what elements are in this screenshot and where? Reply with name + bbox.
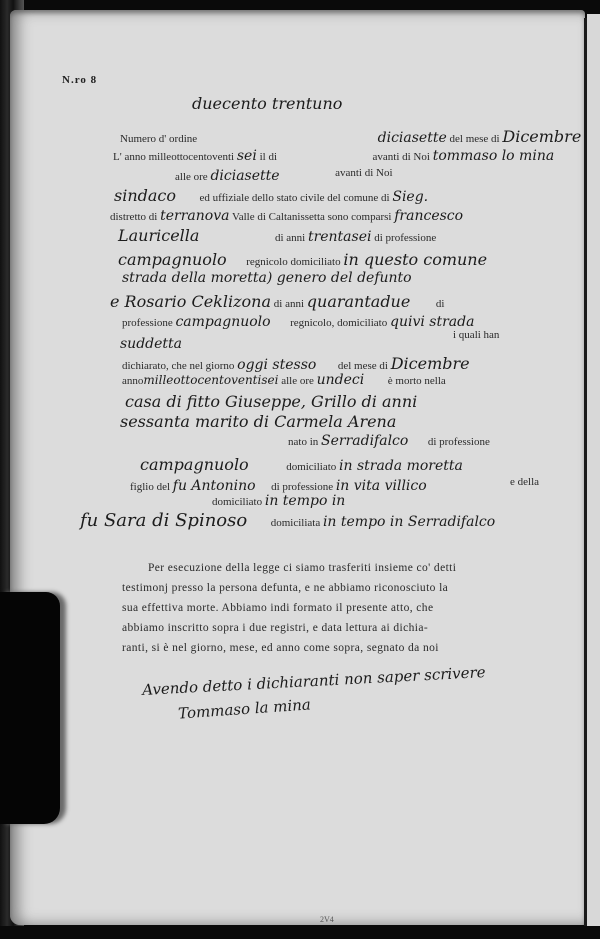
figlio-label: figlio del (130, 481, 170, 493)
witness1-anni: trentasei (308, 229, 372, 245)
prof3-label: di professione (428, 436, 490, 448)
madre-value: fu Sara di Spinoso (80, 510, 247, 531)
witness1-dom-label: regnicolo domiciliato (246, 256, 340, 268)
line-distretto: distretto di terranova Valle di Caltanis… (110, 208, 463, 224)
line-madre: fu Sara di Spinoso domiciliata in tempo … (80, 510, 495, 531)
witness1-name-b: Lauricella (118, 226, 199, 245)
mese-value: Dicembre (502, 127, 581, 146)
bottom-mark: 2V4 (320, 915, 334, 924)
eta-value: sessanta marito di Carmela Arena (120, 412, 396, 431)
casa-value: casa di fitto Giuseppe, Grillo di anni (125, 392, 417, 411)
witness2-di: di (436, 298, 445, 310)
madre-dom-label: domiciliata (271, 517, 320, 529)
valle-label: Valle di Caltanissetta sono comparsi (232, 211, 391, 223)
line-nato: nato in Serradifalco di professione (288, 433, 490, 449)
anno-value: sei (237, 148, 257, 164)
line-anno2: annomilleottocentoventisei alle ore unde… (122, 372, 446, 388)
nato-value: Serradifalco (321, 433, 408, 449)
line-dichiarato: dichiarato, che nel giorno oggi stesso d… (122, 354, 470, 373)
body-paragraph: Per esecuzione della legge ci siamo tras… (122, 558, 562, 658)
della-label: e della (510, 476, 539, 488)
witness1-dom: in questo comune (343, 250, 487, 269)
line-numero: Numero d' ordine diciasette del mese di … (120, 127, 581, 146)
line-witness1-note: strada della moretta) genero del defunto (122, 270, 412, 286)
line-casa: casa di fitto Giuseppe, Grillo di anni (125, 392, 417, 411)
mese2-label: del mese di (338, 360, 388, 372)
ore2-label: alle ore (281, 375, 314, 387)
paragraph-line: abbiamo inscritto sopra i due registri, … (122, 618, 562, 638)
line-witness1-prof: campagnuolo regnicolo domiciliato in que… (118, 250, 487, 269)
line-prof3: campagnuolo domiciliato in strada morett… (140, 455, 463, 474)
witness2-name: e Rosario Ceklizona (110, 292, 271, 311)
paragraph-line: testimonj presso la persona defunta, e n… (122, 578, 562, 598)
line-eta: sessanta marito di Carmela Arena (120, 412, 396, 431)
line-witness1: Lauricella di anni trentasei di professi… (118, 226, 436, 245)
padre-dom-label: domiciliato (212, 496, 262, 508)
prof3-value: campagnuolo (140, 455, 249, 474)
line-figlio: figlio del fu Antonino di professione in… (130, 478, 427, 494)
line-padre-dom: domiciliato in tempo in (212, 493, 345, 509)
comune-value: Sieg. (392, 189, 428, 205)
anno-label: L' anno milleottocentoventi (113, 151, 234, 163)
witness2-prof: campagnuolo (175, 314, 270, 330)
paragraph-line: sua effettiva morte. Abbiamo indi format… (122, 598, 562, 618)
witness2-anni: quarantadue (307, 292, 411, 311)
scan-border-bottom (0, 926, 600, 939)
dom3-value: in strada moretta (339, 458, 463, 474)
ufficiale-label: ed uffiziale dello stato civile del comu… (200, 192, 390, 204)
il-di-label: il di (260, 151, 277, 163)
witness1-note: strada della moretta) genero del defunto (122, 270, 412, 286)
witness2-dom: quivi strada (390, 314, 474, 330)
padre-prof-label: di professione (271, 481, 333, 493)
quali-label: i quali han (453, 329, 499, 341)
mese2-value: Dicembre (391, 354, 470, 373)
il-di-value: diciasette (378, 130, 447, 146)
dichiarato-label: dichiarato, che nel giorno (122, 360, 234, 372)
madre-dom: in tempo in Serradifalco (323, 514, 495, 530)
distretto-label: distretto di (110, 211, 157, 223)
witness2-anni-label: di anni (274, 298, 304, 310)
padre-prof: in vita villico (336, 478, 427, 494)
morto-label: è morto nella (388, 375, 446, 387)
witness2-dom2: suddetta (120, 336, 182, 352)
binding-clip (0, 592, 60, 824)
anno2-value: milleottocentoventisei (143, 373, 278, 387)
padre-dom: in tempo in (265, 493, 345, 509)
witness1-prof-label: di professione (374, 232, 436, 244)
next-page-strip (587, 14, 600, 926)
line-suddetta: suddetta (120, 336, 182, 352)
line-sindaco: sindaco ed uffiziale dello stato civile … (114, 186, 428, 205)
line-ore: alle ore diciasette avanti di Noi (175, 168, 393, 184)
sindaco-value: sindaco (114, 186, 176, 205)
nato-label: nato in (288, 436, 318, 448)
paragraph-line: ranti, si è nel giorno, mese, ed anno co… (122, 638, 562, 658)
ore2-value: undeci (317, 372, 365, 388)
distretto-value: terranova (160, 208, 229, 224)
avanti-value: tommaso lo mina (433, 148, 555, 164)
paragraph-line: Per esecuzione della legge ci siamo tras… (122, 558, 562, 578)
avanti-label: avanti di Noi (373, 151, 430, 163)
giorno-value: oggi stesso (237, 357, 316, 373)
witness1-anni-label: di anni (275, 232, 305, 244)
witness1-name-a: francesco (394, 208, 463, 224)
dom3-label: domiciliato (286, 461, 336, 473)
line-witness2-prof: professione campagnuolo regnicolo, domic… (122, 314, 474, 330)
padre-value: fu Antonino (173, 478, 256, 494)
numero-value: duecento trentuno (192, 94, 342, 113)
numero-label: Numero d' ordine (120, 133, 197, 145)
mese-label: del mese di (450, 133, 500, 145)
witness2-prof-label: professione (122, 317, 173, 329)
record-stamp: N.ro 8 (62, 74, 97, 86)
witness1-prof: campagnuolo (118, 250, 227, 269)
line-anno: L' anno milleottocentoventi sei il di av… (113, 148, 554, 164)
witness2-dom-label: regnicolo, domiciliato (290, 317, 387, 329)
anno2-label: anno (122, 375, 143, 387)
ore-label: alle ore (175, 171, 208, 183)
line-witness2: e Rosario Ceklizona di anni quarantadue … (110, 292, 444, 311)
ore-value: diciasette (210, 168, 279, 184)
